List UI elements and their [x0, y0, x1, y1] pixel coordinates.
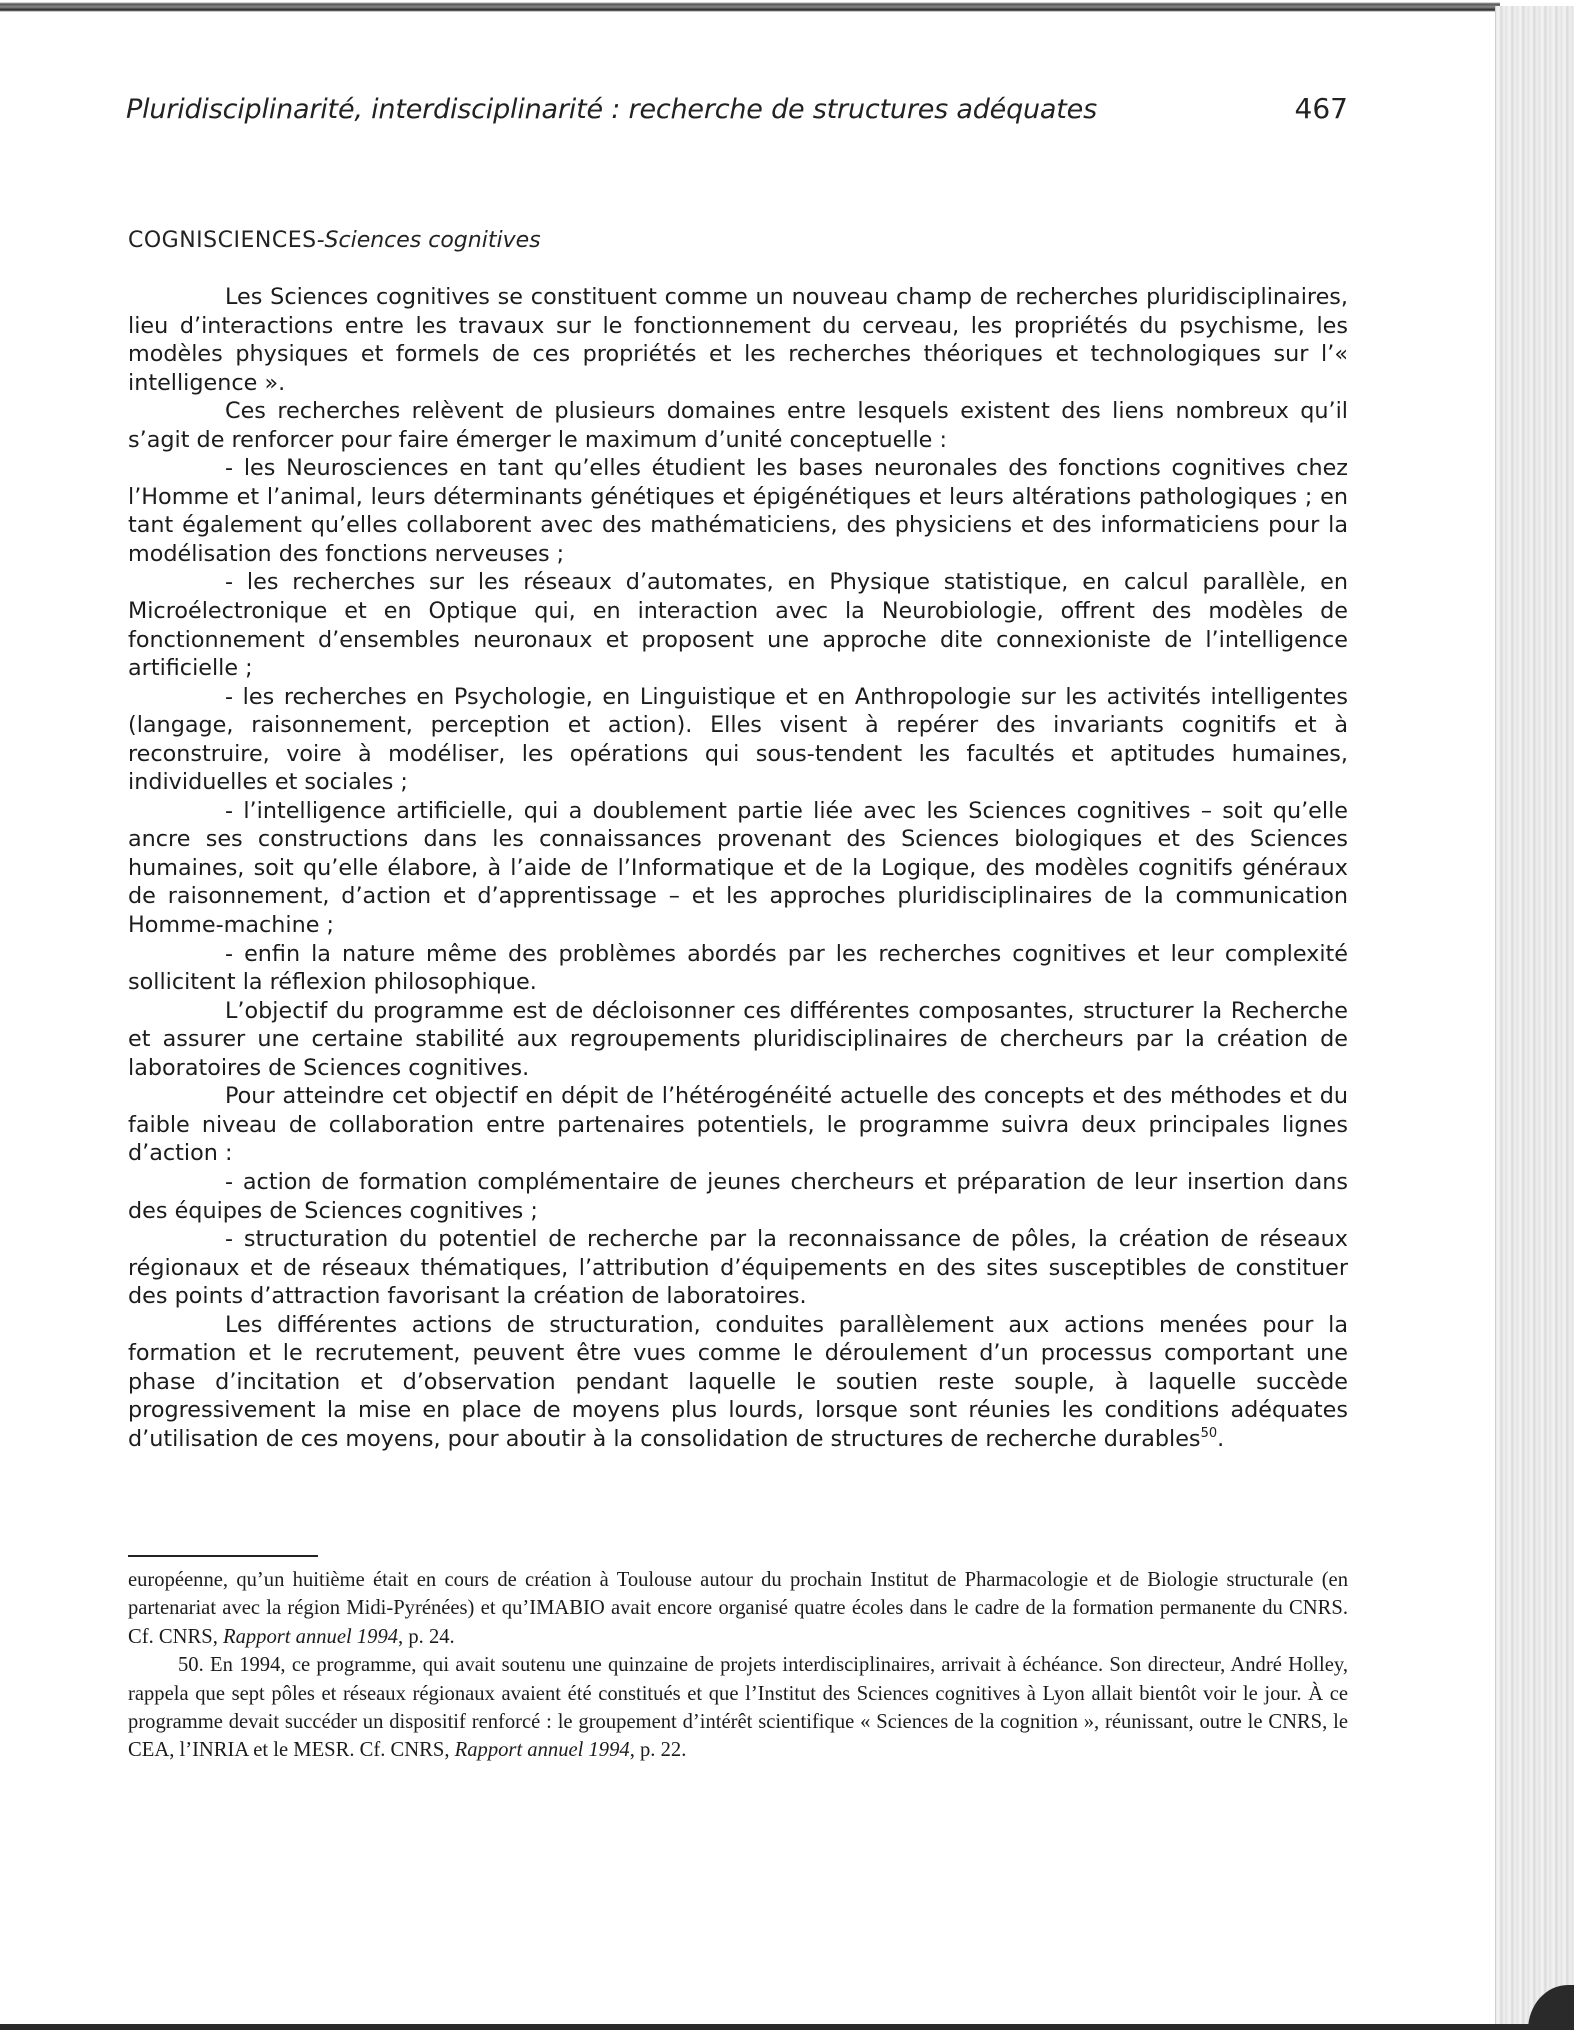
- section-heading-subtitle: -Sciences cognitives: [317, 228, 541, 253]
- list-item-automata-networks: - les recherches sur les réseaux d’autom…: [128, 568, 1348, 682]
- footnote-reference-50[interactable]: 50: [1201, 1426, 1218, 1441]
- page-bottom-edge-shadow: [0, 2024, 1574, 2030]
- footnote-50-page-ref: , p. 22.: [630, 1739, 687, 1761]
- list-item-philosophy: - enfin la nature même des problèmes abo…: [128, 940, 1348, 997]
- running-head: Pluridisciplinarité, interdisciplinarité…: [126, 92, 1348, 125]
- section-heading: COGNISCIENCES-Sciences cognitives: [128, 228, 541, 253]
- list-item-neurosciences: - les Neurosciences en tant qu’elles étu…: [128, 454, 1348, 568]
- list-item-structuring: - structuration du potentiel de recherch…: [128, 1225, 1348, 1311]
- footnotes: européenne, qu’un huitième était en cour…: [128, 1566, 1348, 1765]
- footnote-50-text: En 1994, ce programme, qui avait soutenu…: [128, 1654, 1348, 1761]
- page-number: 467: [1295, 92, 1348, 125]
- list-item-psychology-linguistics: - les recherches en Psychologie, en Ling…: [128, 683, 1348, 797]
- page-top-edge-shadow: [0, 0, 1500, 12]
- paragraph-objective: L’objectif du programme est de décloison…: [128, 997, 1348, 1083]
- footnote-50: 50. En 1994, ce programme, qui avait sou…: [128, 1651, 1348, 1765]
- body-text: Les Sciences cognitives se constituent c…: [128, 283, 1348, 1453]
- paragraph-action-lines: Pour atteindre cet objectif en dépit de …: [128, 1082, 1348, 1168]
- list-item-training: - action de formation complémentaire de …: [128, 1168, 1348, 1225]
- section-heading-acronym: COGNISCIENCES: [128, 228, 317, 253]
- footnote-continued-page-ref: , p. 24.: [398, 1626, 455, 1648]
- book-page-stack-edge: [1495, 6, 1574, 2030]
- paragraph-domains: Ces recherches relèvent de plusieurs dom…: [128, 397, 1348, 454]
- list-item-artificial-intelligence: - l’intelligence artificielle, qui a dou…: [128, 797, 1348, 940]
- footnote-50-number: 50.: [178, 1654, 204, 1676]
- paragraph-intro: Les Sciences cognitives se constituent c…: [128, 283, 1348, 397]
- footnote-50-citation-title: Rapport annuel 1994: [455, 1739, 630, 1761]
- paragraph-conclusion: Les différentes actions de structuration…: [128, 1311, 1348, 1454]
- footnote-continued: européenne, qu’un huitième était en cour…: [128, 1566, 1348, 1651]
- footnote-separator-rule: [128, 1555, 318, 1557]
- paragraph-conclusion-text: Les différentes actions de structuration…: [128, 1312, 1348, 1452]
- footnote-continued-citation-title: Rapport annuel 1994: [223, 1626, 398, 1648]
- running-head-title: Pluridisciplinarité, interdisciplinarité…: [126, 94, 1097, 125]
- paragraph-conclusion-period: .: [1217, 1426, 1224, 1452]
